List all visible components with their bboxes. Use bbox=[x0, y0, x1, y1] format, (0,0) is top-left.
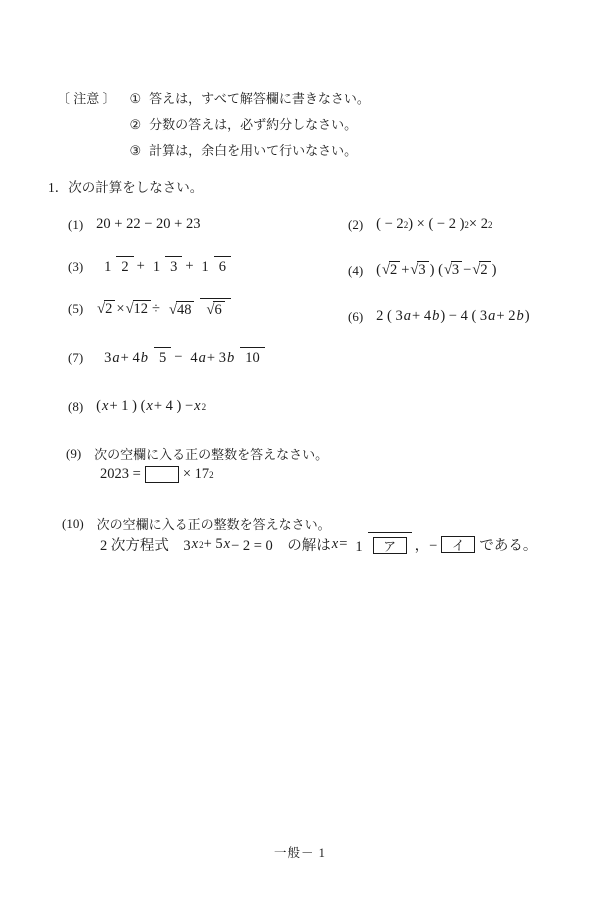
math-variable: b bbox=[515, 308, 524, 325]
math-variable: x bbox=[193, 398, 201, 415]
answer-box: イ bbox=[441, 536, 475, 553]
sqrt-radical: √3 bbox=[444, 262, 462, 279]
math-variable: x bbox=[223, 536, 231, 553]
math-variable: x bbox=[145, 398, 153, 415]
sqrt-radical: √12 bbox=[126, 301, 151, 318]
notice-item: ②分数の答えは，必ず約分しなさい。 bbox=[130, 112, 370, 138]
problem-4-label: (4) bbox=[348, 263, 363, 279]
fraction: 12 bbox=[99, 256, 134, 277]
problem-7-label: (7) bbox=[68, 350, 83, 366]
problem-1-label: (1) bbox=[68, 217, 83, 233]
problem-5: (5) √2 × √12 ÷ √48√6 bbox=[68, 298, 234, 320]
notice-item: ①答えは，すべて解答欄に書きなさい。 bbox=[130, 86, 370, 112]
math-variable: b bbox=[431, 308, 440, 325]
math-variable: x bbox=[191, 536, 199, 553]
math-variable: x bbox=[331, 536, 339, 553]
problem-6: (6) 2 ( 3 a + 4 b ) − 4 ( 3 a + 2 b ) bbox=[348, 308, 530, 325]
problem-3: (3) 12 + 13 + 16 bbox=[68, 256, 234, 277]
problem-9-equation: 2023 = × 172 bbox=[100, 466, 214, 483]
problem-7: (7) 3 a + 4 b5 − 4 a + 3 b10 bbox=[68, 347, 268, 368]
fraction: 1ア bbox=[350, 532, 411, 557]
sqrt-radical: √2 bbox=[97, 301, 115, 318]
problem-9-expression: 2023 = × 172 bbox=[100, 466, 214, 483]
notice-items: ①答えは，すべて解答欄に書きなさい。 ②分数の答えは，必ず約分しなさい。 ③計算… bbox=[130, 86, 370, 164]
problem-4: (4) ( √2 + √3 ) ( √3 − √2 ) bbox=[348, 262, 496, 279]
problem-10-prompt: 次の空欄に入る正の整数を答えなさい。 bbox=[97, 514, 331, 533]
fraction: 13 bbox=[148, 256, 183, 277]
fraction: 3 a + 4 b5 bbox=[99, 347, 171, 368]
math-variable: a bbox=[111, 350, 120, 367]
sqrt-radical: √2 bbox=[382, 262, 400, 279]
sqrt-radical: √3 bbox=[410, 262, 428, 279]
question-1-heading: 1．次の計算をしなさい。 bbox=[48, 176, 203, 196]
problem-6-label: (6) bbox=[348, 309, 363, 325]
problem-8-expression: ( x + 1 ) ( x + 4 ) − x2 bbox=[96, 398, 206, 415]
problem-3-expression: 12 + 13 + 16 bbox=[96, 256, 234, 277]
problem-3-label: (3) bbox=[68, 259, 83, 275]
problem-9-prompt: 次の空欄に入る正の整数を答えなさい。 bbox=[94, 444, 328, 463]
notice-item: ③計算は，余白を用いて行いなさい。 bbox=[130, 138, 370, 164]
notice-item-number: ③ bbox=[130, 143, 142, 158]
answer-box bbox=[145, 466, 179, 483]
exam-page: 〔 注意 〕 ①答えは，すべて解答欄に書きなさい。 ②分数の答えは，必ず約分しな… bbox=[0, 0, 600, 900]
notice-item-number: ② bbox=[130, 117, 142, 132]
problem-4-expression: ( √2 + √3 ) ( √3 − √2 ) bbox=[376, 262, 496, 279]
problem-5-label: (5) bbox=[68, 301, 83, 317]
sqrt-radical: √2 bbox=[472, 262, 490, 279]
problem-2: (2) ( − 22 ) × ( − 2 )2 × 22 bbox=[348, 216, 492, 233]
notice-item-number: ① bbox=[130, 91, 142, 106]
problem-9: (9) 次の空欄に入る正の整数を答えなさい。 bbox=[66, 444, 328, 463]
answer-box: ア bbox=[373, 537, 407, 554]
problem-9-label: (9) bbox=[66, 446, 81, 462]
problem-7-expression: 3 a + 4 b5 − 4 a + 3 b10 bbox=[96, 347, 268, 368]
math-variable: x bbox=[101, 398, 109, 415]
notice-item-text: 計算は，余白を用いて行いなさい。 bbox=[149, 143, 357, 158]
problem-1-expression: 20 + 22 − 20 + 23 bbox=[96, 216, 200, 233]
problem-10-expression: 2 次方程式 3 x2 + 5 x − 2 = 0 の解は x = 1ア ，− … bbox=[100, 532, 537, 557]
fraction: 4 a + 3 b10 bbox=[185, 347, 264, 368]
fraction: √48√6 bbox=[163, 298, 231, 320]
problem-6-expression: 2 ( 3 a + 4 b ) − 4 ( 3 a + 2 b ) bbox=[376, 308, 529, 325]
notice-item-text: 分数の答えは，必ず約分しなさい。 bbox=[149, 117, 357, 132]
notice-bracket-label: 〔 注意 〕 bbox=[57, 86, 116, 164]
problem-5-expression: √2 × √12 ÷ √48√6 bbox=[96, 298, 234, 320]
problem-10: (10) 次の空欄に入る正の整数を答えなさい。 bbox=[62, 514, 331, 533]
math-variable: a bbox=[198, 350, 207, 367]
notice-item-text: 答えは，すべて解答欄に書きなさい。 bbox=[149, 91, 370, 106]
problem-10-label: (10) bbox=[62, 516, 84, 532]
problem-1: (1) 20 + 22 − 20 + 23 bbox=[68, 216, 200, 233]
notice-block: 〔 注意 〕 ①答えは，すべて解答欄に書きなさい。 ②分数の答えは，必ず約分しな… bbox=[57, 86, 370, 164]
math-variable: a bbox=[487, 308, 496, 325]
problem-10-equation: 2 次方程式 3 x2 + 5 x − 2 = 0 の解は x = 1ア ，− … bbox=[100, 532, 537, 557]
math-variable: b bbox=[226, 350, 235, 367]
sqrt-radical: √48 bbox=[169, 301, 194, 319]
footer-page-label: 一般－ 1 bbox=[0, 843, 600, 861]
problem-2-label: (2) bbox=[348, 217, 363, 233]
problem-8-label: (8) bbox=[68, 399, 83, 415]
fraction: 16 bbox=[197, 256, 232, 277]
problem-2-expression: ( − 22 ) × ( − 2 )2 × 22 bbox=[376, 216, 492, 233]
sqrt-radical: √6 bbox=[206, 301, 224, 319]
problem-8: (8) ( x + 1 ) ( x + 4 ) − x2 bbox=[68, 398, 206, 415]
math-variable: b bbox=[140, 350, 149, 367]
math-variable: a bbox=[403, 308, 412, 325]
